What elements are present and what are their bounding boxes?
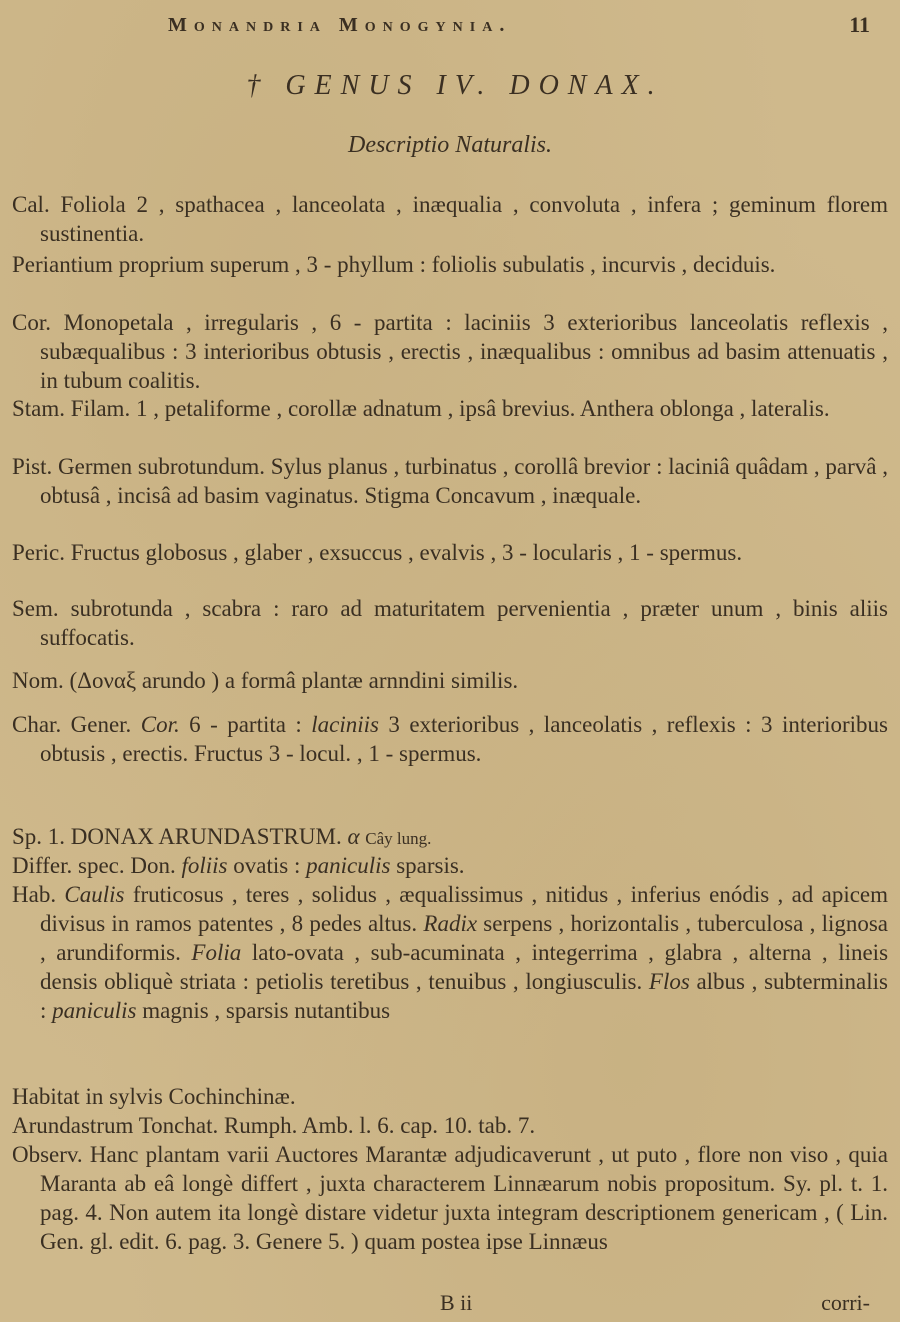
cor-label: Cor.	[141, 712, 180, 737]
entry-text: Habitat in sylvis Cochinchinæ.	[12, 1084, 296, 1109]
entry-text: ovatis :	[233, 853, 300, 878]
entry-label: Peric.	[12, 540, 65, 565]
vernacular-name: Cây lung.	[365, 829, 431, 848]
entry-label: Stam.	[12, 396, 65, 421]
species-habitat: Habitat in sylvis Cochinchinæ.	[12, 1082, 888, 1111]
entry-label: Char. Gener.	[12, 712, 131, 737]
entry-label: Periantium	[12, 252, 113, 277]
entry-label: Cal.	[12, 192, 50, 217]
species-observation: Observ. Hanc plantam varii Auctores Mara…	[12, 1140, 888, 1256]
page-number: 11	[849, 12, 870, 38]
entry-peric: Peric. Fructus globosus , glaber , exsuc…	[12, 538, 888, 567]
entry-text: Arundastrum Tonchat. Rumph. Amb. l. 6. c…	[12, 1113, 535, 1138]
italic-term: foliis	[181, 853, 227, 878]
entry-text: Fructus globosus , glaber , exsuccus , e…	[71, 540, 742, 565]
entry-perianth: Periantium proprium superum , 3 - phyllu…	[12, 250, 888, 279]
italic-term: Caulis	[64, 882, 124, 907]
entry-text: arundo ) a formâ plantæ arnndini similis…	[142, 668, 518, 693]
genus-title: † GENUS IV. DONAX.	[0, 70, 900, 102]
greek-word: (Δοναξ	[70, 668, 137, 693]
running-head: Monandria Monogynia. 11	[0, 8, 900, 40]
species-name: Sp. 1. DONAX ARUNDASTRUM.	[12, 824, 342, 849]
entry-cor: Cor. Monopetala , irregularis , 6 - part…	[12, 308, 888, 395]
alpha-mark: α	[347, 824, 359, 849]
entry-text: Filam. 1 , petaliforme , corollæ adnatum…	[71, 396, 830, 421]
italic-term: Flos	[649, 969, 690, 994]
book-page: Monandria Monogynia. 11 † GENUS IV. DONA…	[0, 0, 900, 1322]
entry-text: sparsis.	[396, 853, 464, 878]
species-habitus: Hab. Caulis fruticosus , teres , solidus…	[12, 880, 888, 1025]
entry-label: Cor.	[12, 310, 51, 335]
section-subtitle: Descriptio Naturalis.	[0, 132, 900, 159]
entry-sem: Sem. subrotunda , scabra : raro ad matur…	[12, 594, 888, 652]
entry-text: proprium superum , 3 - phyllum : folioli…	[119, 252, 776, 277]
entry-char-gener: Char. Gener. Cor. 6 - partita : laciniis…	[12, 710, 888, 768]
italic-term: paniculis	[306, 853, 390, 878]
catchword: corri-	[821, 1290, 870, 1316]
entry-label: Observ.	[12, 1142, 83, 1167]
laciniis-term: laciniis	[311, 712, 379, 737]
species-differ: Differ. spec. Don. foliis ovatis : panic…	[12, 851, 888, 880]
entry-text: magnis , sparsis nutantibus	[142, 998, 390, 1023]
entry-label: Sem.	[12, 596, 59, 621]
entry-text: Monopetala , irregularis , 6 - partita :…	[40, 310, 888, 393]
italic-term: Radix	[423, 911, 477, 936]
entry-label: Hab.	[12, 882, 56, 907]
entry-nomen: Nom. (Δοναξ arundo ) a formâ plantæ arnn…	[12, 666, 888, 695]
entry-pist: Pist. Germen subrotundum. Sylus planus ,…	[12, 452, 888, 510]
entry-text: subrotunda , scabra : raro ad maturitate…	[40, 596, 888, 650]
species-heading: Sp. 1. DONAX ARUNDASTRUM. α Cây lung.	[12, 822, 888, 853]
italic-term: paniculis	[52, 998, 136, 1023]
entry-label: Nom.	[12, 668, 64, 693]
signature-mark: B ii	[440, 1290, 472, 1316]
running-title: Monandria Monogynia.	[168, 14, 511, 37]
entry-stam: Stam. Filam. 1 , petaliforme , corollæ a…	[12, 394, 888, 423]
entry-cal: Cal. Foliola 2 , spathacea , lanceolata …	[12, 190, 888, 248]
species-synonym: Arundastrum Tonchat. Rumph. Amb. l. 6. c…	[12, 1111, 888, 1140]
entry-label: Differ. spec. Don.	[12, 853, 176, 878]
entry-text: 6 - partita :	[189, 712, 302, 737]
entry-text: Foliola 2 , spathacea , lanceolata , inæ…	[40, 192, 888, 246]
entry-label: Pist.	[12, 454, 52, 479]
entry-text: Germen subrotundum. Sylus planus , turbi…	[40, 454, 888, 508]
entry-text: Hanc plantam varii Auctores Marantæ adju…	[40, 1142, 888, 1254]
italic-term: Folia	[191, 940, 241, 965]
